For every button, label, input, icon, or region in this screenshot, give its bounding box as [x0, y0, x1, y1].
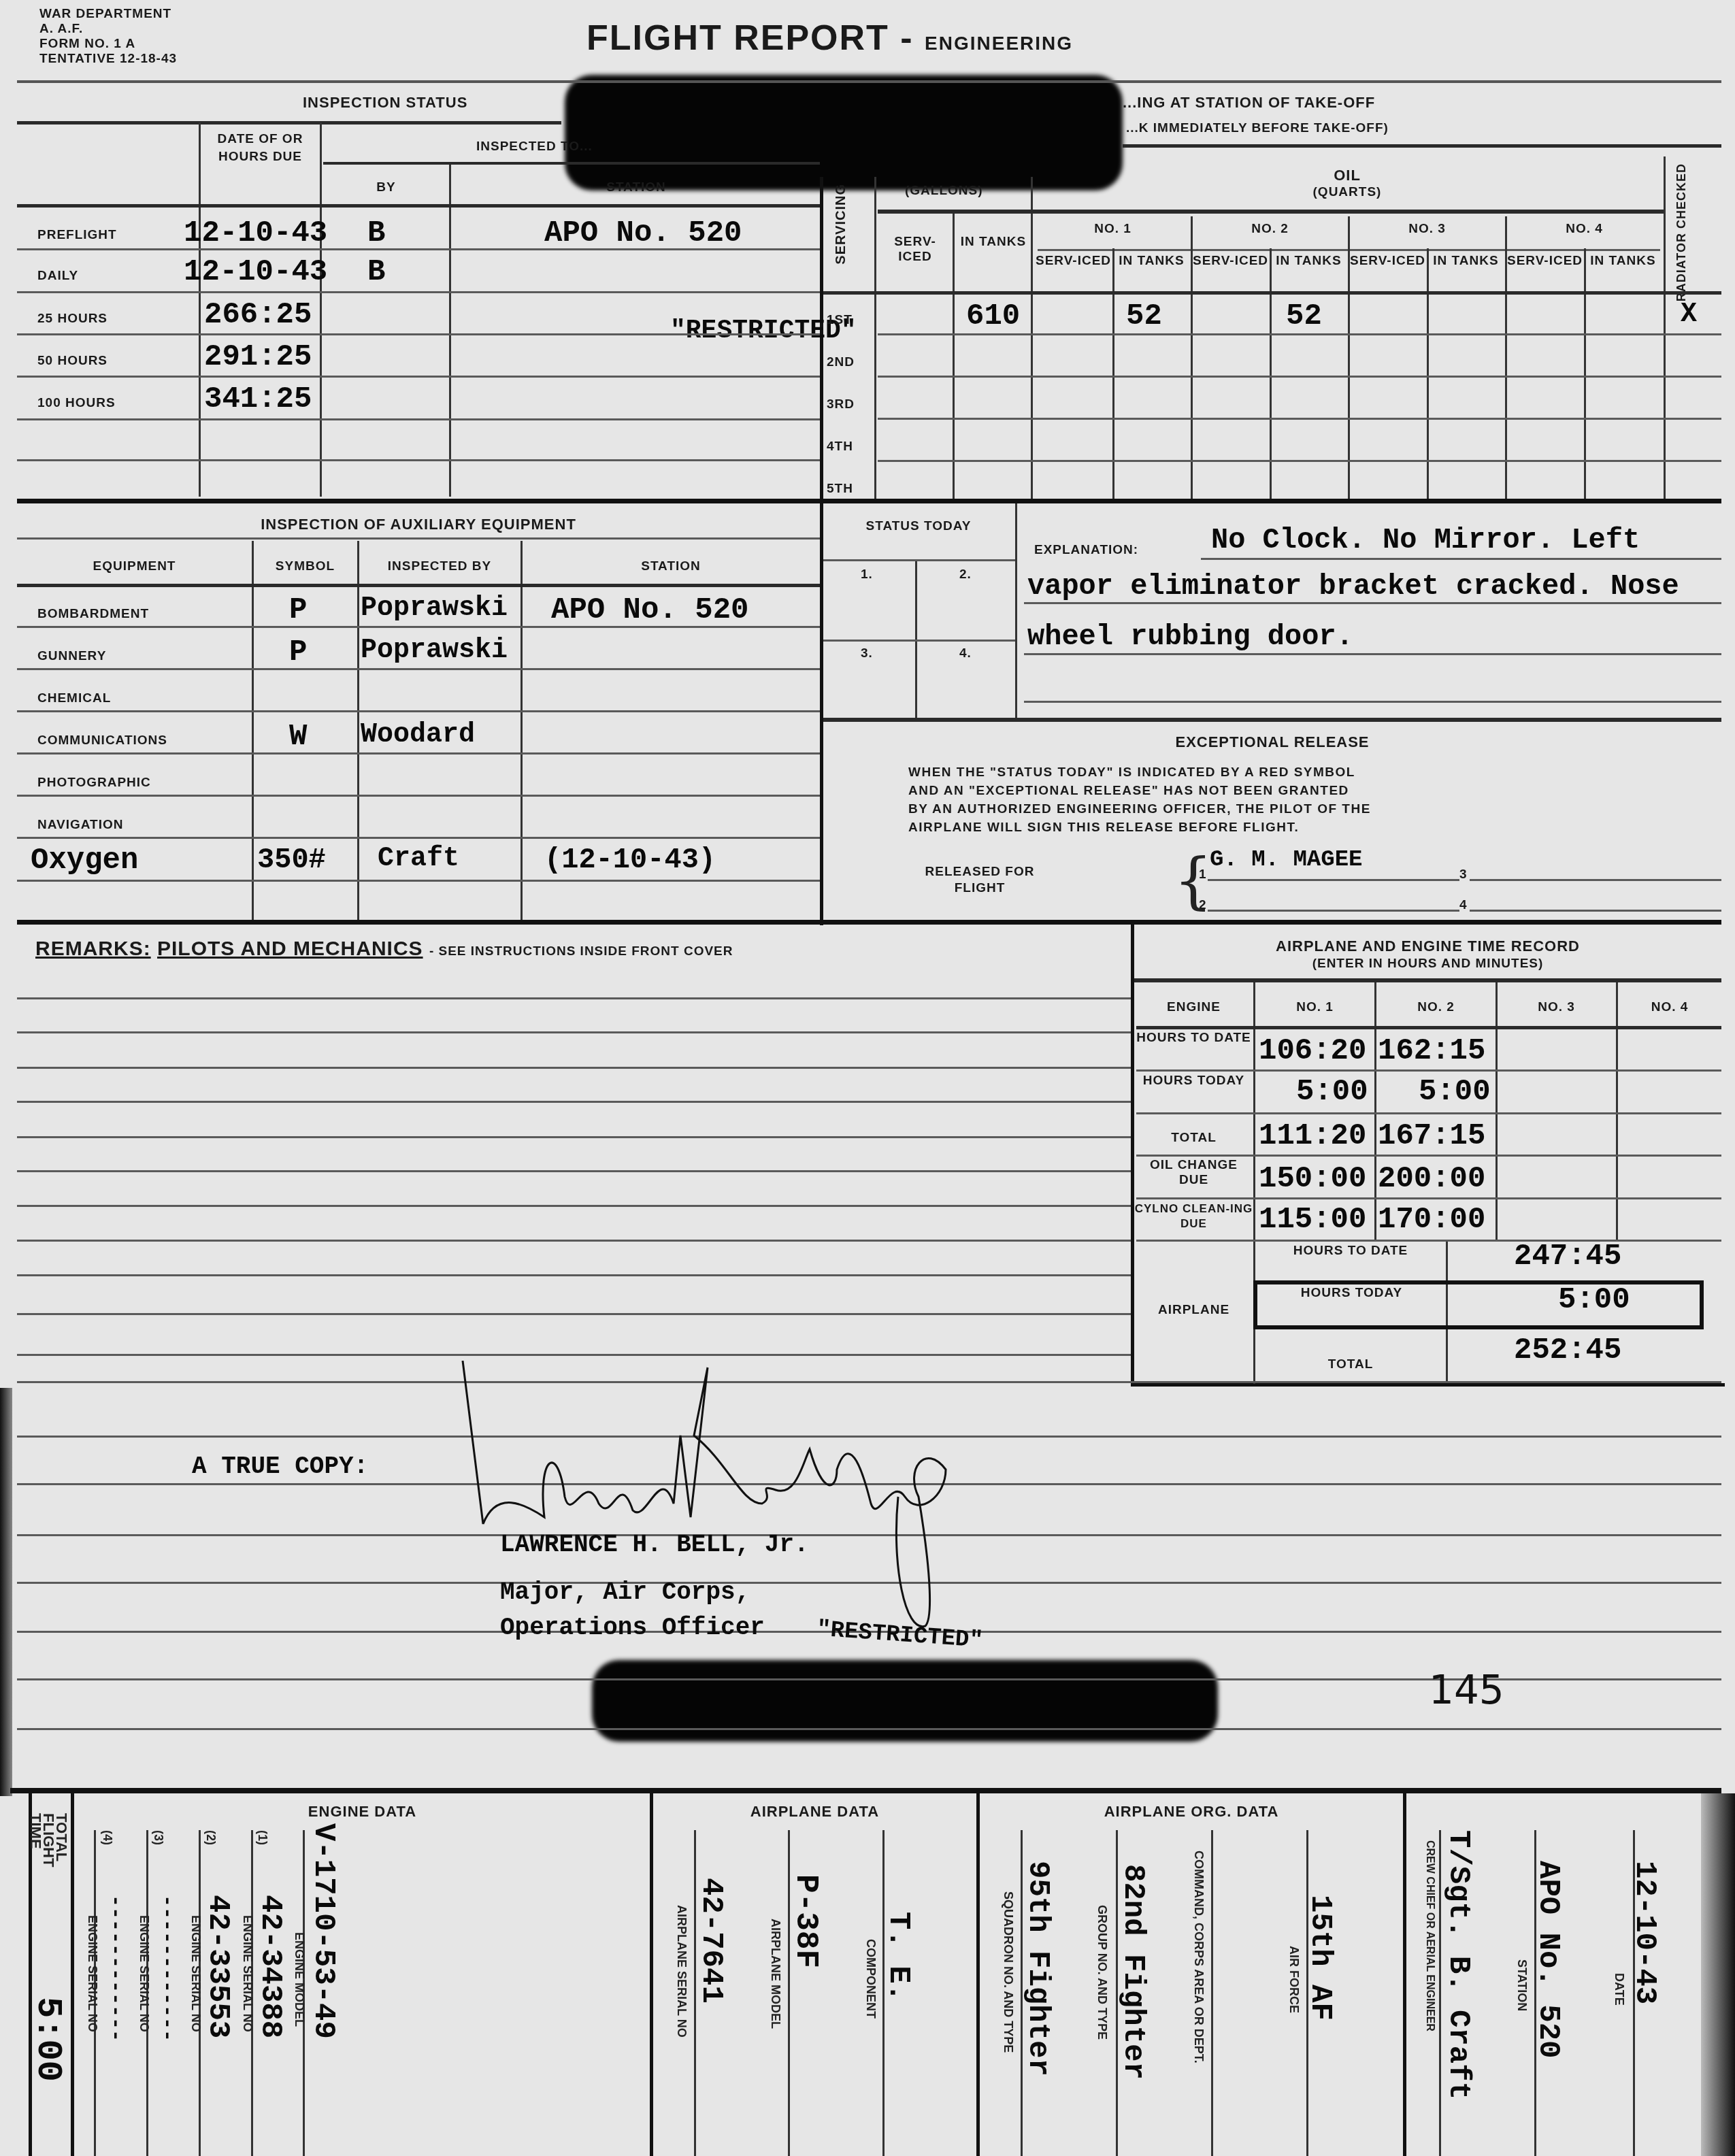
oil-1-in-tanks[interactable]: 52 — [1126, 299, 1162, 333]
inspected-by[interactable]: B — [367, 216, 385, 250]
form-identifier: WAR DEPARTMENT A. A.F. FORM NO. 1 A TENT… — [39, 7, 177, 67]
engine-serial-4[interactable]: ------------ — [103, 1895, 127, 2042]
total-flight-time-label: TOTAL FLIGHT TIME — [29, 1813, 68, 1902]
date-due[interactable]: 12-10-43 — [184, 216, 327, 250]
oil-sub-serviced: SERV-ICED — [1034, 254, 1112, 268]
signer-num: 3 — [1459, 867, 1468, 882]
ruled-line — [17, 1170, 1133, 1172]
radiator-checked[interactable]: X — [1681, 299, 1697, 330]
station[interactable]: APO No. 520 — [1531, 1861, 1565, 2058]
engine-serial-label: ENGINE SERIAL NO — [240, 1915, 254, 2032]
engine-1-oil-change-due[interactable]: 150:00 — [1259, 1162, 1366, 1196]
engine-model-label: ENGINE MODEL — [292, 1932, 306, 2027]
brace-icon: { — [1174, 850, 1212, 912]
row-divider — [1136, 1069, 1721, 1072]
col-header-by: BY — [323, 180, 449, 195]
officer-rank: Major, Air Corps, — [500, 1578, 750, 1606]
oil-subheader: (QUARTS) — [1031, 185, 1664, 200]
row-divider — [17, 459, 820, 461]
oil-sub-serviced: SERV-ICED — [1349, 254, 1427, 268]
airplane-row-label: TOTAL — [1255, 1357, 1446, 1372]
group-label: GROUP NO. AND TYPE — [1095, 1905, 1109, 2040]
engine-1-cleaning-due[interactable]: 115:00 — [1259, 1203, 1366, 1237]
ruled-line — [17, 1101, 1133, 1103]
station[interactable]: APO No. 520 — [551, 593, 748, 627]
ruled-line — [17, 1067, 1133, 1069]
squadron-label: SQUADRON NO. AND TYPE — [1001, 1891, 1015, 2053]
crew-chief[interactable]: T/Sgt. B. Craft — [1441, 1830, 1475, 2100]
component-label: COMPONENT — [863, 1939, 878, 2019]
servicing-row-label: 3RD — [827, 397, 855, 412]
released-for-flight-label: RELEASED FOR FLIGHT — [905, 864, 1055, 897]
column-divider — [976, 1793, 980, 2156]
exceptional-release-text: WHEN THE "STATUS TODAY" IS INDICATED BY … — [908, 763, 1371, 837]
engine-2-cleaning-due[interactable]: 170:00 — [1378, 1203, 1485, 1237]
signer-num: 2 — [1199, 898, 1207, 913]
inspected-by[interactable]: Poprawski — [361, 635, 508, 666]
divider — [17, 80, 1721, 83]
total-flight-time[interactable]: 5:00 — [28, 1997, 68, 2082]
date-label: DATE — [1612, 1973, 1626, 2006]
remarks-heading: REMARKS: PILOTS AND MECHANICS - SEE INST… — [35, 938, 733, 961]
column-divider — [252, 541, 254, 922]
sub-in-tanks: IN TANKS — [956, 235, 1031, 250]
airplane-label: AIRPLANE — [1134, 1303, 1253, 1318]
col-header-equipment: EQUIPMENT — [17, 559, 252, 574]
row-divider — [17, 795, 820, 797]
col-no-3: NO. 3 — [1497, 1000, 1616, 1015]
explanation-label: EXPLANATION: — [1034, 543, 1138, 558]
ruled-line — [17, 1136, 1133, 1138]
row-divider — [17, 248, 820, 250]
row-divider — [17, 710, 820, 712]
inspection-status-heading: INSPECTION STATUS — [303, 94, 467, 112]
airplane-hours-to-date[interactable]: 247:45 — [1514, 1240, 1621, 1274]
column-divider — [1616, 982, 1618, 1241]
officer-title: Operations Officer — [500, 1614, 765, 1642]
row-divider — [17, 752, 820, 754]
release-text-line: WHEN THE "STATUS TODAY" IS INDICATED BY … — [908, 763, 1371, 782]
title-sub: ENGINEERING — [925, 33, 1073, 54]
column-divider — [1348, 216, 1350, 499]
row-divider — [17, 376, 820, 378]
form-id-line: FORM NO. 1 A — [39, 37, 177, 52]
divider — [17, 121, 561, 125]
row-divider — [17, 880, 820, 882]
page-title: FLIGHT REPORT - ENGINEERING — [586, 18, 1073, 59]
row-divider — [1024, 602, 1721, 604]
row-label: 25 HOURS — [37, 312, 108, 327]
engine-2-total[interactable]: 167:15 — [1378, 1119, 1485, 1153]
col-header-inspected: INSPECTED TO... — [476, 139, 593, 154]
column-divider — [874, 177, 876, 499]
col-no-4: NO. 4 — [1618, 1000, 1721, 1015]
true-copy-label: A TRUE COPY: — [192, 1453, 368, 1480]
column-divider — [449, 163, 451, 497]
oil-sub-in-tanks: IN TANKS — [1584, 254, 1662, 268]
servicing-subheading: ...K IMMEDIATELY BEFORE TAKE-OFF) — [1126, 121, 1389, 136]
col-header-date: DATE OF OR HOURS DUE — [204, 131, 316, 166]
signer-name[interactable]: G. M. MAGEE — [1210, 847, 1362, 873]
explanation-line[interactable]: wheel rubbing door. — [1027, 620, 1353, 653]
station-label: STATION — [1515, 1959, 1529, 2011]
org-data-heading: AIRPLANE ORG. DATA — [980, 1803, 1403, 1821]
servicing-row-label: 5TH — [827, 482, 853, 497]
status-cell-4[interactable]: 4. — [959, 646, 972, 661]
divider — [17, 584, 820, 587]
engine-model[interactable]: V-1710-53-49 — [306, 1823, 340, 2039]
date[interactable]: 12-10-43 — [1627, 1861, 1662, 2004]
row-divider — [1136, 1155, 1721, 1157]
column-divider — [1211, 1830, 1213, 2156]
inspected-station[interactable]: APO No. 520 — [544, 216, 742, 250]
section-divider — [10, 1788, 1721, 1793]
divider — [823, 640, 1015, 642]
airplane-row-label: HOURS TODAY — [1257, 1286, 1446, 1301]
oil-sub-in-tanks: IN TANKS — [1427, 254, 1505, 268]
column-divider — [1664, 156, 1666, 499]
row-divider — [1136, 1112, 1721, 1114]
engine-serial-num: (2) — [203, 1830, 218, 1845]
airplane-row-label: HOURS TO DATE — [1255, 1244, 1446, 1259]
airplane-serial-label: AIRPLANE SERIAL NO — [674, 1905, 689, 2038]
row-label: 50 HOURS — [37, 354, 108, 369]
column-divider — [953, 211, 955, 499]
oil-engine-3: NO. 3 — [1349, 222, 1506, 237]
inspected-by[interactable]: B — [367, 255, 385, 289]
release-text-line: AND AN "EXCEPTIONAL RELEASE" HAS NOT BEE… — [908, 782, 1371, 800]
column-divider — [1403, 1793, 1406, 2156]
row-divider — [1024, 701, 1721, 703]
remarks-note: - SEE INSTRUCTIONS INSIDE FRONT COVER — [429, 944, 733, 959]
section-divider — [820, 177, 823, 925]
fuel-in-tanks[interactable]: 610 — [966, 299, 1020, 333]
engine-1-hours-to-date[interactable]: 106:20 — [1259, 1034, 1366, 1068]
engine-serial-1[interactable]: 42-34388 — [253, 1895, 287, 2038]
oil-engine-2: NO. 2 — [1191, 222, 1349, 237]
column-divider — [1015, 503, 1017, 718]
component[interactable]: T. E. — [881, 1912, 915, 2002]
engine-serial-num: (4) — [100, 1830, 114, 1845]
symbol[interactable]: 350# — [257, 844, 326, 876]
row-divider — [17, 837, 820, 839]
release-text-line: AIRPLANE WILL SIGN THIS RELEASE BEFORE F… — [908, 818, 1371, 837]
divider — [823, 291, 1721, 295]
row-label: OIL CHANGE DUE — [1134, 1158, 1253, 1188]
row-divider — [17, 333, 820, 335]
ruled-line — [17, 1031, 1133, 1033]
section-divider — [823, 718, 1721, 722]
engine-serial-2[interactable]: 42-33553 — [201, 1895, 235, 2038]
signature-line[interactable] — [1208, 910, 1459, 912]
row-label: HOURS TODAY — [1134, 1074, 1253, 1089]
oil-sub-in-tanks: IN TANKS — [1112, 254, 1191, 268]
page-edge-shadow — [0, 1388, 12, 1796]
engine-1-hours-today[interactable]: 5:00 — [1296, 1075, 1368, 1109]
engine-2-hours-today[interactable]: 5:00 — [1419, 1075, 1491, 1109]
air-force-label: AIR FORCE — [1287, 1946, 1301, 2013]
servicing-row-label: 4TH — [827, 440, 853, 454]
airplane-data-heading: AIRPLANE DATA — [653, 1803, 976, 1821]
symbol[interactable]: P — [289, 635, 307, 669]
oil-sub-serviced: SERV-ICED — [1191, 254, 1270, 268]
status-cell-1[interactable]: 1. — [861, 567, 873, 582]
divider — [1123, 144, 1721, 148]
col-engine: ENGINE — [1134, 1000, 1253, 1015]
engine-2-oil-change-due[interactable]: 200:00 — [1378, 1162, 1485, 1196]
equipment-label: BOMBARDMENT — [37, 607, 149, 622]
title-main: FLIGHT REPORT - — [586, 18, 914, 58]
officer-name: LAWRENCE H. BELL, Jr. — [500, 1531, 809, 1559]
oil-sub-in-tanks: IN TANKS — [1270, 254, 1348, 268]
column-divider — [199, 122, 201, 497]
row-divider — [878, 418, 1721, 420]
row-divider — [17, 626, 820, 628]
engine-serial-3[interactable]: ------------ — [155, 1895, 178, 2042]
inspected-by[interactable]: Woodard — [361, 720, 475, 750]
ruled-line — [17, 1313, 1133, 1315]
ruled-line — [17, 1354, 1133, 1356]
engine-2-hours-to-date[interactable]: 162:15 — [1378, 1034, 1485, 1068]
divider — [1136, 1026, 1721, 1029]
fuel-header: (GALLONS) — [905, 184, 983, 199]
remarks-label-pilots: PILOTS AND MECHANICS — [157, 938, 423, 960]
equipment-label: GUNNERY — [37, 649, 106, 664]
ruled-line — [17, 1728, 1721, 1730]
form-id-line: TENTATIVE 12-18-43 — [39, 52, 177, 67]
row-divider — [17, 418, 820, 420]
row-divider — [1201, 558, 1721, 560]
servicing-row-label: 2ND — [827, 355, 855, 370]
col-no-2: NO. 2 — [1376, 1000, 1496, 1015]
time-record-subheading: (ENTER IN HOURS AND MINUTES) — [1134, 957, 1721, 972]
group[interactable]: 82nd Fighter — [1116, 1864, 1150, 2080]
airplane-total[interactable]: 252:45 — [1514, 1333, 1621, 1367]
equipment-label: PHOTOGRAPHIC — [37, 776, 151, 791]
row-label: HOURS TO DATE — [1134, 1031, 1253, 1046]
engine-data-heading: ENGINE DATA — [75, 1803, 650, 1821]
divider — [17, 537, 820, 540]
auxiliary-heading: INSPECTION OF AUXILIARY EQUIPMENT — [17, 516, 820, 533]
airplane-model-label: AIRPLANE MODEL — [768, 1919, 782, 2029]
date-due[interactable]: 12-10-43 — [184, 255, 327, 289]
column-divider — [1505, 216, 1507, 499]
col-no-1: NO. 1 — [1255, 1000, 1374, 1015]
equipment-label[interactable]: Oxygen — [31, 844, 138, 878]
airplane-serial[interactable]: 42-7641 — [694, 1878, 728, 2004]
column-divider — [320, 122, 322, 497]
symbol[interactable]: P — [289, 593, 307, 627]
sub-serviced: SERV-ICED — [878, 235, 953, 265]
row-divider — [878, 376, 1721, 378]
radiator-label: RADIATOR CHECKED — [1675, 163, 1702, 301]
explanation-line[interactable]: vapor eliminator bracket cracked. Nose — [1027, 570, 1679, 603]
row-label: PREFLIGHT — [37, 228, 117, 243]
oil-2-in-tanks[interactable]: 52 — [1286, 299, 1322, 333]
engine-serial-label: ENGINE SERIAL NO — [85, 1915, 99, 2032]
row-divider — [17, 668, 820, 670]
date-due[interactable]: 291:25 — [204, 340, 312, 374]
page-edge-shadow — [1701, 1793, 1735, 2156]
col-header-station: STATION — [522, 559, 820, 574]
ruled-line — [17, 1274, 1133, 1276]
row-label: TOTAL — [1134, 1131, 1253, 1146]
row-divider — [17, 291, 820, 293]
signature-line[interactable] — [1470, 879, 1721, 881]
form-id-line: A. A.F. — [39, 22, 177, 37]
engine-serial-num: (1) — [255, 1830, 269, 1845]
airplane-model[interactable]: P-38F — [788, 1874, 823, 1968]
air-force[interactable]: 15th AF — [1303, 1895, 1337, 2021]
engine-serial-num: (3) — [151, 1830, 165, 1845]
squadron[interactable]: 95th Fighter — [1021, 1861, 1055, 2076]
signer-num: 1 — [1199, 867, 1207, 882]
inspected-by[interactable]: Craft — [378, 844, 459, 874]
ruled-line — [17, 1240, 1133, 1242]
engine-1-total[interactable]: 111:20 — [1259, 1119, 1366, 1153]
row-divider — [1136, 1240, 1721, 1242]
oil-sub-serviced: SERV-ICED — [1506, 254, 1584, 268]
oil-engine-1: NO. 1 — [1034, 222, 1191, 237]
servicing-label: SERVICING — [833, 184, 849, 265]
airplane-hours-today[interactable]: 5:00 — [1558, 1283, 1630, 1317]
engine-serial-label: ENGINE SERIAL NO — [137, 1915, 151, 2032]
row-label: CYLNO CLEAN-ING DUE — [1134, 1201, 1253, 1231]
symbol[interactable]: W — [289, 720, 307, 754]
col-header-inspected-by: INSPECTED BY — [359, 559, 520, 574]
row-divider — [878, 333, 1721, 335]
column-divider — [650, 1793, 653, 2156]
oil-engine-4: NO. 4 — [1506, 222, 1663, 237]
row-divider — [1024, 653, 1721, 655]
time-record-heading: AIRPLANE AND ENGINE TIME RECORD — [1134, 938, 1721, 955]
equipment-label: COMMUNICATIONS — [37, 733, 167, 748]
divider — [823, 559, 1015, 561]
crew-chief-label: CREW CHIEF OR AERIAL ENGINEER — [1423, 1840, 1436, 2031]
equipment-label: NAVIGATION — [37, 818, 123, 833]
col-header-station: STATION — [452, 180, 820, 195]
release-text-line: BY AN AUTHORIZED ENGINEERING OFFICER, TH… — [908, 800, 1371, 818]
inspected-by[interactable]: Poprawski — [361, 593, 508, 624]
date-due[interactable]: 266:25 — [204, 298, 312, 332]
explanation-line[interactable]: No Clock. No Mirror. Left — [1211, 524, 1640, 557]
station[interactable]: (12-10-43) — [544, 844, 716, 876]
exceptional-release-heading: EXCEPTIONAL RELEASE — [823, 733, 1721, 751]
date-due[interactable]: 341:25 — [204, 382, 312, 416]
oil-header: OIL — [1031, 167, 1664, 184]
status-cell-3[interactable]: 3. — [861, 646, 873, 661]
page-number: 145 — [1429, 1667, 1504, 1713]
signer-num: 4 — [1459, 898, 1468, 913]
row-label: 100 HOURS — [37, 396, 116, 411]
divider — [323, 162, 820, 165]
column-divider — [71, 1793, 74, 2156]
servicing-row-label: 1ST — [827, 313, 853, 328]
remarks-label: REMARKS: — [35, 938, 151, 960]
column-divider — [520, 541, 523, 922]
divider — [17, 204, 820, 208]
command-label: COMMAND, CORPS AREA OR DEPT. — [1191, 1851, 1206, 2063]
col-header-symbol: SYMBOL — [253, 559, 357, 574]
column-divider — [1496, 982, 1498, 1241]
status-today-heading: STATUS TODAY — [823, 518, 1014, 535]
equipment-label: CHEMICAL — [37, 691, 111, 706]
status-cell-2[interactable]: 2. — [959, 567, 972, 582]
row-divider — [878, 460, 1721, 462]
signature-line[interactable] — [1470, 910, 1721, 912]
divider — [878, 210, 1664, 214]
ruled-line — [17, 1205, 1133, 1207]
row-divider — [1136, 1197, 1721, 1199]
servicing-heading: ...ING AT STATION OF TAKE-OFF — [1123, 94, 1375, 112]
form-id-line: WAR DEPARTMENT — [39, 7, 177, 22]
row-label: DAILY — [37, 269, 78, 284]
divider — [1134, 978, 1721, 982]
column-divider — [1374, 982, 1376, 1241]
column-divider — [1191, 216, 1193, 499]
column-divider — [1031, 177, 1033, 499]
signature-line[interactable] — [1208, 879, 1459, 881]
ruled-line — [17, 997, 1133, 999]
section-divider — [17, 499, 1721, 503]
column-divider — [357, 541, 359, 922]
section-divider — [17, 920, 1721, 925]
